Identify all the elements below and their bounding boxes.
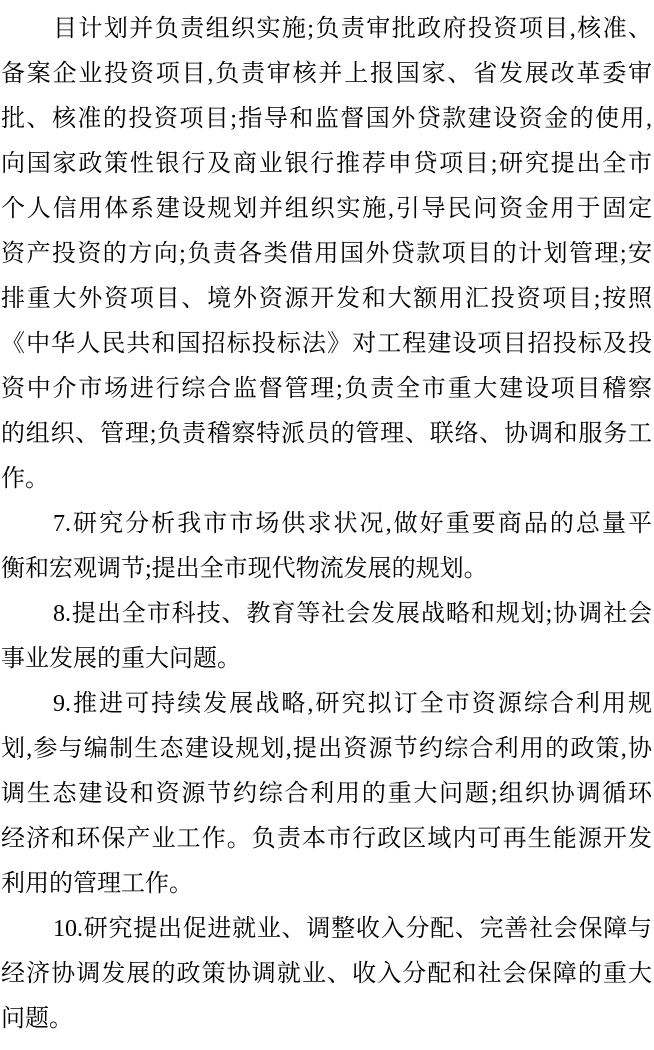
text-line: 向国家政策性银行及商业银行推荐申贷项目;研究提出全市 xyxy=(1,142,652,187)
text-line: 批、核准的投资项目;指导和监督国外贷款建设资金的使用, xyxy=(1,97,652,142)
text-line: 排重大外资项目、境外资源开发和大额用汇投资项目;按照 xyxy=(1,277,652,322)
text-line: 作。 xyxy=(1,457,652,502)
text-line: 10.研究提出促进就业、调整收入分配、完善社会保障与 xyxy=(1,907,652,952)
text-line: 衡和宏观调节;提出全市现代物流发展的规划。 xyxy=(1,547,652,592)
text-line: 划,参与编制生态建设规划,提出资源节约综合利用的政策,协 xyxy=(1,727,652,772)
text-line: 事业发展的重大问题。 xyxy=(1,637,652,682)
text-line: 经济和环保产业工作。负责本市行政区域内可再生能源开发 xyxy=(1,817,652,862)
text-line: 资中介市场进行综合监督管理;负责全市重大建设项目稽察 xyxy=(1,367,652,412)
text-line: 的组织、管理;负责稽察特派员的管理、联络、协调和服务工 xyxy=(1,412,652,457)
text-line: 调生态建设和资源节约综合利用的重大问题;组织协调循环 xyxy=(1,772,652,817)
text-line: 《中华人民共和国招标投标法》对工程建设项目招投标及投 xyxy=(1,322,652,367)
text-line: 备案企业投资项目,负责审核并上报国家、省发展改革委审 xyxy=(1,52,652,97)
text-line: 利用的管理工作。 xyxy=(1,862,652,907)
text-line: 经济协调发展的政策协调就业、收入分配和社会保障的重大 xyxy=(1,952,652,997)
text-line: 个人信用体系建设规划并组织实施,引导民问资金用于固定 xyxy=(1,187,652,232)
text-line: 问题。 xyxy=(1,997,652,1042)
text-line: 9.推进可持续发展战略,研究拟订全市资源综合利用规 xyxy=(1,682,652,727)
text-line: 目计划并负责组织实施;负责审批政府投资项目,核准、 xyxy=(1,7,652,52)
text-line: 资产投资的方向;负责各类借用国外贷款项目的计划管理;安 xyxy=(1,232,652,277)
text-line: 8.提出全市科技、教育等社会发展战略和规划;协调社会 xyxy=(1,592,652,637)
document-page: 目计划并负责组织实施;负责审批政府投资项目,核准、 备案企业投资项目,负责审核并… xyxy=(0,0,654,1050)
text-line: 7.研究分析我市市场供求状况,做好重要商品的总量平 xyxy=(1,502,652,547)
